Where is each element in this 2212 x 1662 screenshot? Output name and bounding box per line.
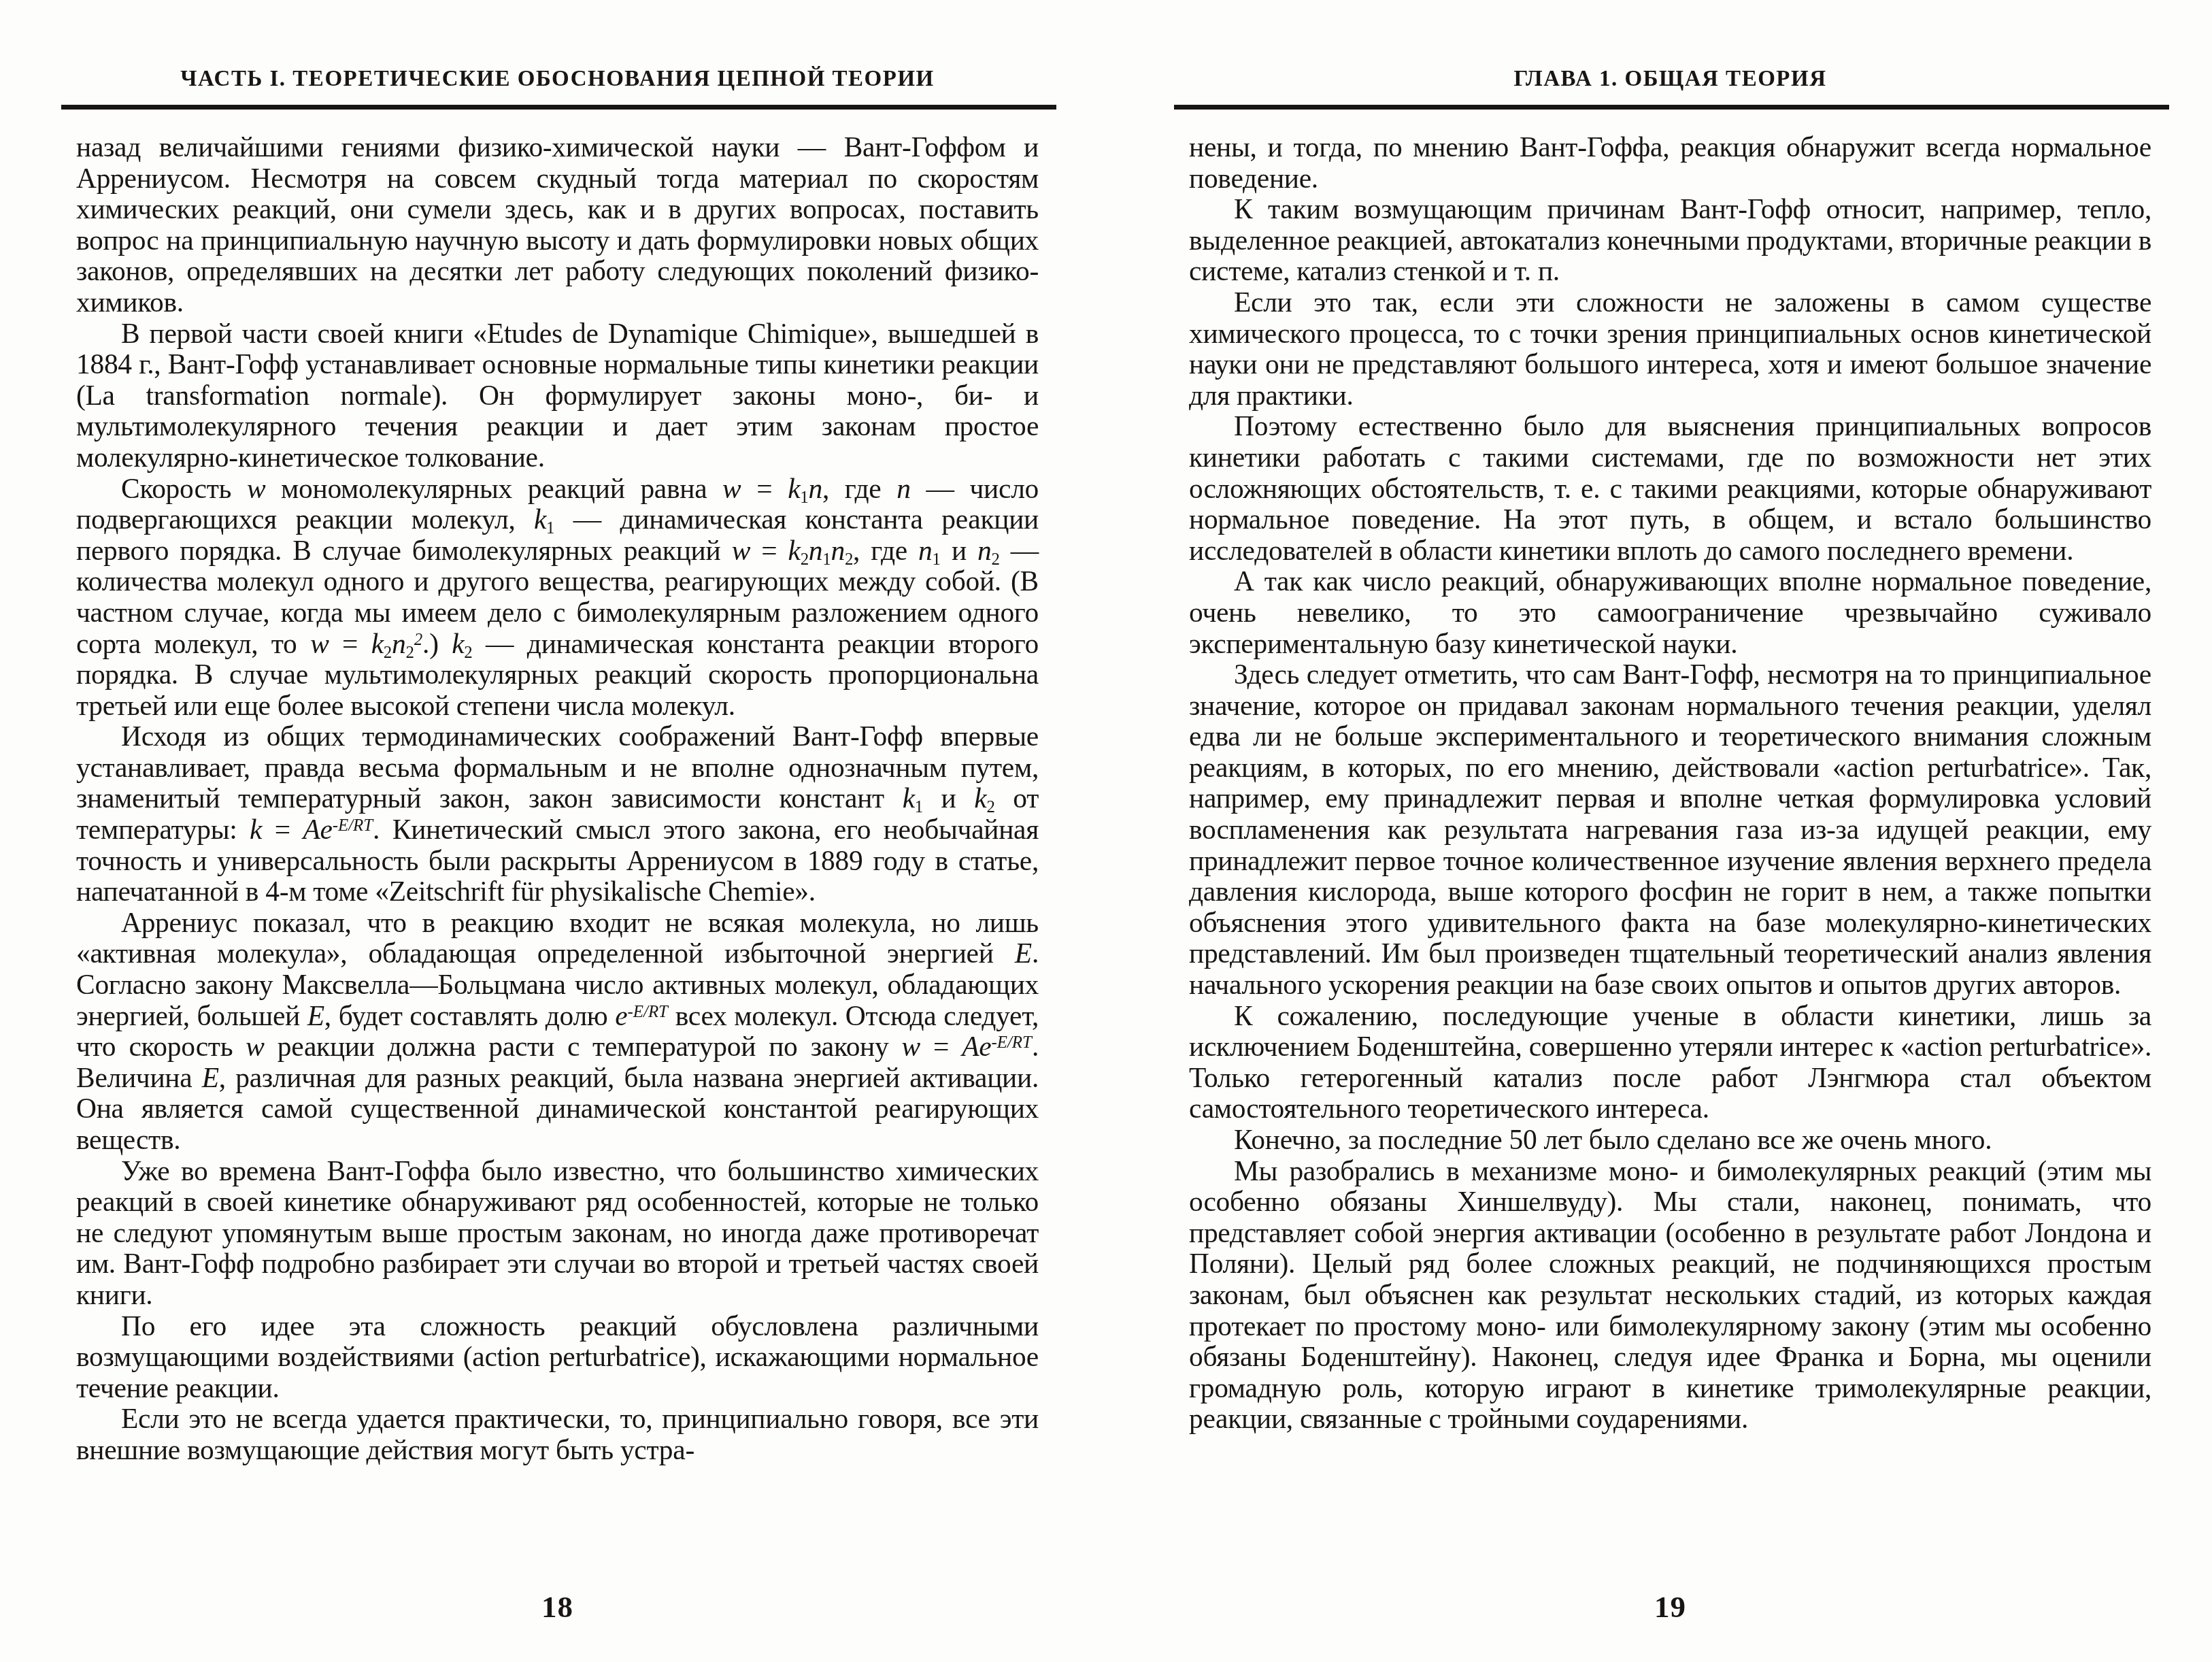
paragraph: А так как число реакций, обнаруживающих … — [1189, 566, 2151, 659]
math-subscript: 2 — [405, 643, 414, 661]
math-variable: E — [1015, 937, 1032, 969]
math-variable: w — [246, 1031, 264, 1062]
paragraph: Исходя из общих термодинамических сообра… — [76, 721, 1039, 908]
math-variable: k — [250, 814, 262, 845]
paragraph: Конечно, за последние 50 лет было сделан… — [1189, 1125, 2151, 1156]
math-variable: w — [247, 473, 265, 504]
math-variable: n — [977, 535, 991, 566]
math-variable: k — [974, 782, 986, 814]
left-header-rule — [61, 105, 1056, 110]
math-subscript: 1 — [822, 550, 831, 569]
left-page: ЧАСТЬ I. ТЕОРЕТИЧЕСКИЕ ОБОСНОВАНИЯ ЦЕПНО… — [76, 0, 1039, 1662]
paragraph: К таким возмущающим причинам Вант-Гофф о… — [1189, 194, 2151, 287]
math-variable: e — [615, 1000, 627, 1031]
math-variable: k — [788, 473, 800, 504]
right-page-number: 19 — [1189, 1589, 2151, 1625]
right-header-rule — [1174, 105, 2169, 110]
math-subscript: 2 — [384, 643, 392, 661]
math-superscript: 2 — [414, 630, 422, 648]
math-variable: Ae — [303, 814, 332, 845]
paragraph: Мы разобрались в механизме моно- и бимол… — [1189, 1156, 2151, 1435]
math-variable: k — [371, 628, 384, 659]
right-running-head: ГЛАВА 1. ОБЩАЯ ТЕОРИЯ — [1189, 67, 2151, 92]
math-subscript: 2 — [991, 550, 999, 569]
right-page: ГЛАВА 1. ОБЩАЯ ТЕОРИЯ нены, и тогда, по … — [1189, 0, 2151, 1662]
math-variable: w — [732, 535, 750, 566]
paragraph: Здесь следует отметить, что сам Вант-Гоф… — [1189, 659, 2151, 1001]
math-variable: n — [809, 473, 822, 504]
math-variable: Ae — [962, 1031, 991, 1062]
math-superscript: -E/RT — [991, 1033, 1031, 1052]
math-subscript: 2 — [845, 550, 853, 569]
paragraph: К сожалению, последующие ученые в област… — [1189, 1001, 2151, 1125]
math-variable: k — [534, 503, 546, 535]
math-variable: E — [307, 1000, 324, 1031]
paragraph: Если это так, если эти сложности не зало… — [1189, 287, 2151, 411]
left-text-block: назад величайшими гениями физико-химичес… — [76, 132, 1039, 1466]
math-variable: n — [809, 535, 822, 566]
paragraph: Если это не всегда удается практически, … — [76, 1403, 1039, 1465]
math-variable: n — [392, 628, 405, 659]
paragraph: В первой части своей книги «Etudes de Dy… — [76, 318, 1039, 473]
math-variable: w — [310, 628, 329, 659]
math-subscript: 2 — [986, 798, 994, 816]
paragraph: Уже во времена Вант-Гоффа было известно,… — [76, 1156, 1039, 1311]
math-subscript: 1 — [800, 488, 808, 507]
math-subscript: 1 — [546, 519, 554, 537]
paragraph: Поэтому естественно было для выяснения п… — [1189, 411, 2151, 566]
paragraph: Скорость w мономолекулярных реакций равн… — [76, 473, 1039, 722]
math-subscript: 1 — [915, 798, 923, 816]
paragraph: нены, и тогда, по мнению Вант-Гоффа, реа… — [1189, 132, 2151, 194]
book-spread: ЧАСТЬ I. ТЕОРЕТИЧЕСКИЕ ОБОСНОВАНИЯ ЦЕПНО… — [0, 0, 2212, 1662]
math-variable: w — [722, 473, 741, 504]
math-subscript: 2 — [464, 643, 472, 661]
paragraph: назад величайшими гениями физико-химичес… — [76, 132, 1039, 318]
math-subscript: 2 — [801, 550, 809, 569]
math-variable: k — [788, 535, 801, 566]
math-superscript: -E/RT — [333, 816, 373, 835]
math-variable: n — [896, 473, 910, 504]
math-variable: k — [452, 628, 464, 659]
math-variable: n — [831, 535, 844, 566]
math-variable: n — [918, 535, 932, 566]
math-subscript: 1 — [933, 550, 941, 569]
paragraph: Аррениус показал, что в реакцию входит н… — [76, 908, 1039, 1156]
paragraph: По его идее эта сложность реакций обусло… — [76, 1311, 1039, 1404]
left-page-number: 18 — [76, 1589, 1039, 1625]
math-superscript: -E/RT — [627, 1002, 667, 1020]
math-variable: E — [202, 1062, 219, 1093]
right-text-block: нены, и тогда, по мнению Вант-Гоффа, реа… — [1189, 132, 2151, 1435]
math-variable: k — [903, 782, 915, 814]
math-variable: w — [902, 1031, 920, 1062]
left-running-head: ЧАСТЬ I. ТЕОРЕТИЧЕСКИЕ ОБОСНОВАНИЯ ЦЕПНО… — [76, 67, 1039, 92]
